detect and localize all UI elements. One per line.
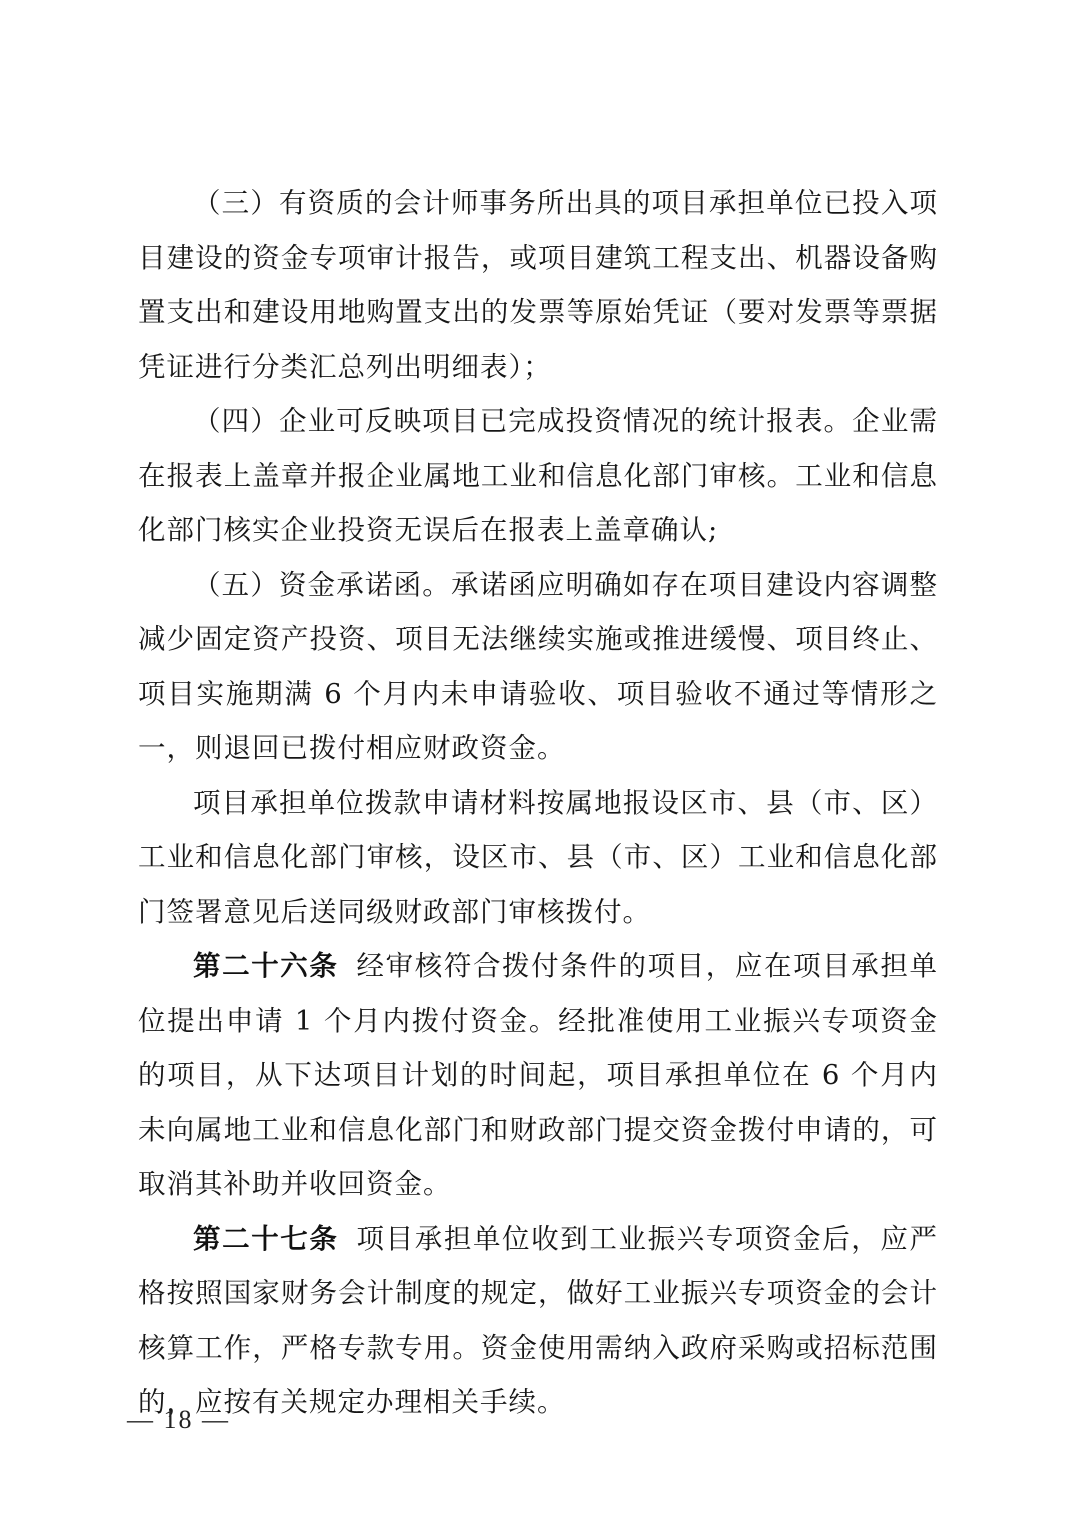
article-26-text: 经审核符合拨付条件的项目，应在项目承担单位提出申请 1 个月内拨付资金。经批准使… <box>138 950 938 1200</box>
page-number: — 18 — <box>127 1402 230 1438</box>
article-26: 第二十六条经审核符合拨付条件的项目，应在项目承担单位提出申请 1 个月内拨付资金… <box>138 939 938 1212</box>
paragraph-item-4: （四）企业可反映项目已完成投资情况的统计报表。企业需在报表上盖章并报企业属地工业… <box>138 394 938 558</box>
document-body: （三）有资质的会计师事务所出具的项目承担单位已投入项目建设的资金专项审计报告，或… <box>138 176 938 1430</box>
paragraph-item-3: （三）有资质的会计师事务所出具的项目承担单位已投入项目建设的资金专项审计报告，或… <box>138 176 938 394</box>
paragraph-item-5: （五）资金承诺函。承诺函应明确如存在项目建设内容调整减少固定资产投资、项目无法继… <box>138 558 938 776</box>
article-27-heading: 第二十七条 <box>193 1223 339 1255</box>
article-26-heading: 第二十六条 <box>193 950 339 982</box>
article-27: 第二十七条项目承担单位收到工业振兴专项资金后，应严格按照国家财务会计制度的规定，… <box>138 1212 938 1430</box>
paragraph-submission-procedure: 项目承担单位拨款申请材料按属地报设区市、县（市、区）工业和信息化部门审核，设区市… <box>138 776 938 940</box>
document-page: （三）有资质的会计师事务所出具的项目承担单位已投入项目建设的资金专项审计报告，或… <box>0 0 1074 1520</box>
